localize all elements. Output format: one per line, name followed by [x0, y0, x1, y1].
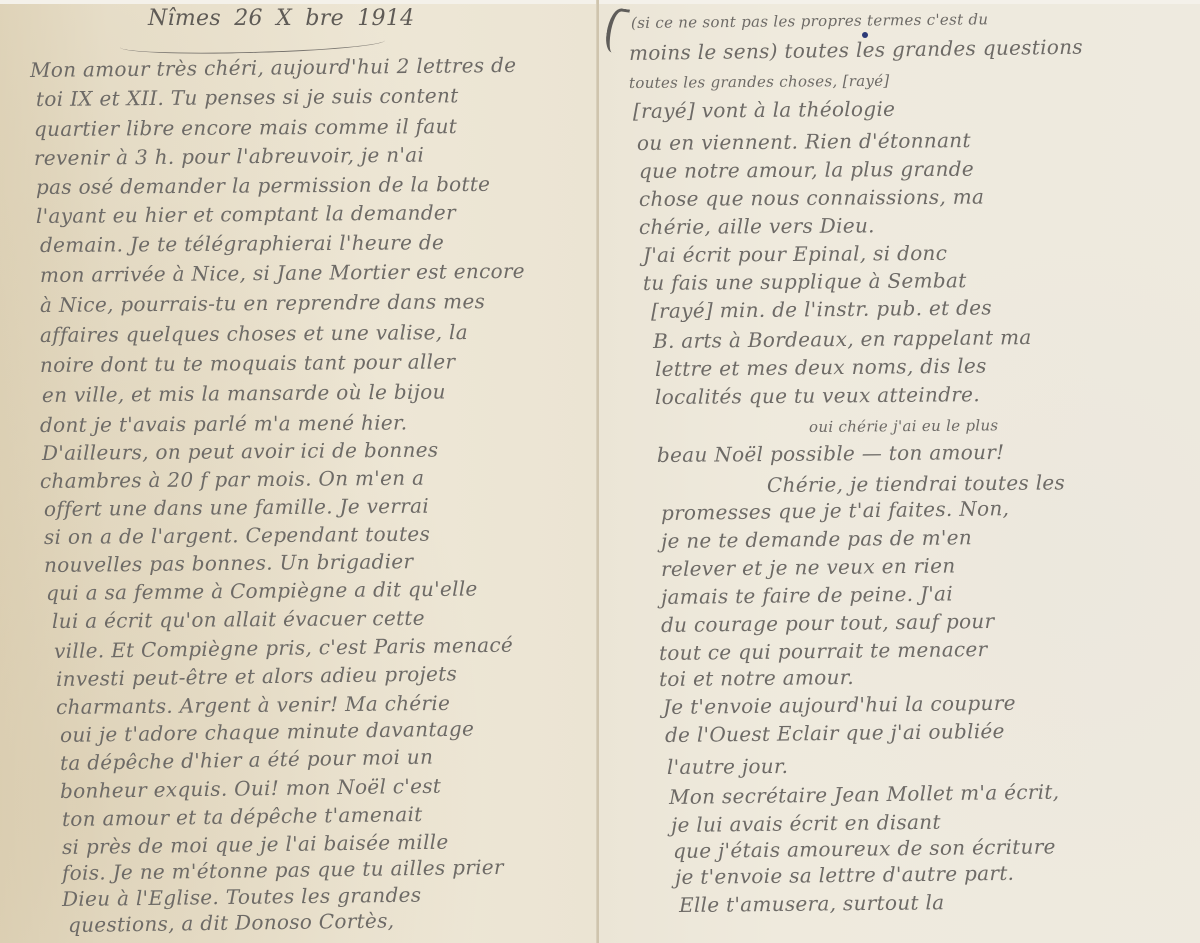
- handwritten-line: affaires quelques choses et une valise, …: [40, 317, 468, 350]
- handwritten-line: l'ayant eu hier et comptant la demander: [36, 197, 456, 231]
- handwritten-line: Elle t'amusera, surtout la: [679, 887, 945, 920]
- handwritten-line: revenir à 3 h. pour l'abreuvoir, je n'ai: [34, 140, 424, 173]
- letter-page-right: (si ce ne sont pas les propres termes c'…: [597, 0, 1200, 943]
- right-page-text: (si ce ne sont pas les propres termes c'…: [599, 0, 1200, 943]
- handwritten-line: en ville, et mis la mansarde où le bijou: [42, 376, 446, 410]
- handwritten-line: noire dont tu te moquais tant pour aller: [40, 346, 456, 380]
- handwritten-line: questions, a dit Donoso Cortès,: [68, 905, 395, 940]
- handwritten-line: chose que nous connaissions, ma: [639, 182, 984, 214]
- handwritten-line: moins le sens) toutes les grandes questi…: [629, 32, 1083, 68]
- handwritten-line: beau Noël possible — ton amour!: [657, 437, 1005, 470]
- letter-page-left: Nîmes 26 X bre 1914 Mon amour très chéri…: [0, 0, 597, 943]
- handwritten-line: à Nice, pourrais-tu en reprendre dans me…: [40, 286, 485, 320]
- letter-spread: Nîmes 26 X bre 1914 Mon amour très chéri…: [0, 0, 1200, 943]
- handwritten-line: [rayé] min. de l'instr. pub. et des: [651, 292, 992, 326]
- handwritten-line: mon arrivée à Nice, si Jane Mortier est …: [40, 256, 525, 290]
- handwritten-line: de l'Ouest Eclair que j'ai oubliée: [665, 716, 1005, 750]
- handwritten-line: l'autre jour.: [667, 751, 788, 782]
- handwritten-line: [rayé] vont à la théologie: [633, 94, 895, 126]
- handwritten-line: chérie, aille vers Dieu.: [639, 210, 875, 242]
- left-page-text: Mon amour très chéri, aujourd'hui 2 lett…: [0, 0, 596, 943]
- handwritten-line: demain. Je te télégraphierai l'heure de: [40, 227, 444, 260]
- handwritten-line: je t'envoie sa lettre d'autre part.: [675, 858, 1015, 892]
- handwritten-line: toi IX et XII. Tu penses si je suis cont…: [36, 80, 459, 114]
- handwritten-line: localités que tu veux atteindre.: [655, 379, 980, 412]
